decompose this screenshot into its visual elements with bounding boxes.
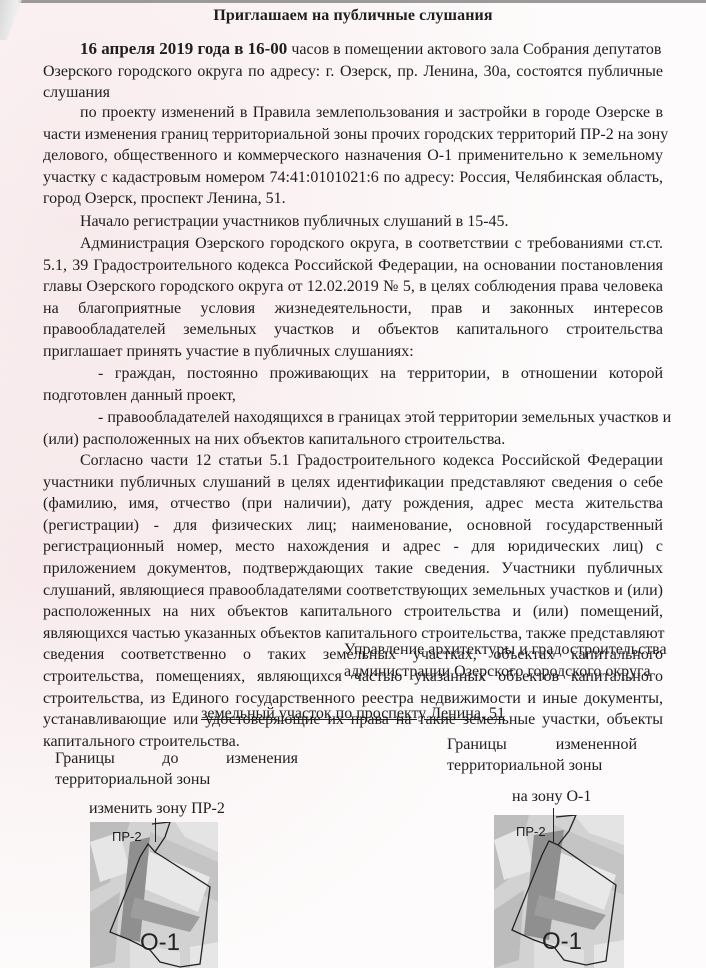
identification-line: приложением документов, подтверждающих т…	[43, 558, 663, 580]
signature-block: Управление архитектуры и градостроительс…	[344, 639, 667, 682]
administration-paragraph: Администрация Озерского городского округ…	[43, 233, 663, 363]
project-paragraph: по проекту изменений в Правила землеполь…	[43, 102, 663, 210]
map-before: ПР-2 О-1	[90, 822, 218, 968]
project-line: части изменения границ территориальной з…	[43, 124, 663, 146]
before-label: Границыдоизменения территориальной зоны	[55, 748, 298, 790]
signature-department: Управление архитектуры и градостроительс…	[344, 639, 667, 661]
identification-line: Согласно части 12 статьи 5.1 Градостроит…	[43, 450, 663, 472]
intro-line-1: 16 апреля 2019 года в 16-00 часов в поме…	[43, 38, 663, 61]
bullet-residents: - граждан, постоянно проживающих на терр…	[43, 363, 663, 406]
bullet-line: (или) расположенных на них объектов капи…	[43, 429, 663, 451]
map-after-drawing: ПР-2 О-1	[494, 815, 624, 968]
project-line: город Озерск, проспект Ленина, 51.	[43, 188, 663, 210]
identification-line: участники публичных слушаний в целях иде…	[43, 472, 663, 494]
after-pointer-label: на зону О-1	[512, 786, 591, 807]
registration-time: Начало регистрации участников публичных …	[43, 211, 663, 233]
registration-paragraph: Начало регистрации участников публичных …	[43, 211, 663, 233]
identification-line: слушаний, являющиеся правообладателями с…	[43, 580, 663, 602]
bullet-line: - граждан, постоянно проживающих на терр…	[43, 363, 663, 385]
identification-line: расположенных на них объектов капитально…	[43, 601, 663, 623]
before-label-line-1: Границыдоизменения	[55, 748, 298, 769]
after-pointer-line	[553, 808, 554, 842]
administration-line: 5.1, 39 Градостроительного кодекса Росси…	[43, 255, 663, 277]
bullet-line: подготовлен данный проект,	[43, 385, 663, 407]
before-pointer-line	[155, 818, 156, 842]
identification-line: (фамилию, имя, отчество (при наличии), д…	[43, 493, 663, 515]
zone-label-o1: О-1	[140, 929, 180, 956]
intro-paragraph: 16 апреля 2019 года в 16-00 часов в поме…	[43, 38, 663, 104]
bullet-line: - правообладателей находящихся в граница…	[43, 407, 663, 429]
document-title: Приглашаем на публичные слушания	[0, 7, 706, 25]
intro-line-2: Озерского городского округа по адресу: г…	[43, 61, 663, 83]
signature-administration: администрации Озерского городского округ…	[344, 661, 667, 683]
administration-line: на благоприятные условия жизнедеятельнос…	[43, 298, 663, 320]
zone-label-o1: О-1	[542, 928, 582, 955]
intro-line-3: слушания	[43, 82, 663, 104]
map-before-drawing: ПР-2 О-1	[90, 822, 218, 968]
before-pointer-label: изменить зону ПР-2	[89, 798, 225, 819]
zone-label-pr2: ПР-2	[112, 829, 142, 844]
map-after: ПР-2 О-1	[494, 815, 624, 968]
administration-line: Администрация Озерского городского округ…	[43, 233, 663, 255]
after-label-line-1: Границыизмененной	[447, 734, 637, 755]
project-line: делового, общественного и коммерческого …	[43, 145, 663, 167]
scan-top-edge	[0, 0, 706, 3]
event-date-time: 16 апреля 2019 года в 16-00	[80, 39, 287, 58]
after-label-line-2: территориальной зоны	[447, 755, 637, 776]
zone-label-pr2: ПР-2	[516, 824, 546, 839]
project-line: по проекту изменений в Правила землеполь…	[43, 102, 663, 124]
before-label-line-2: территориальной зоны	[55, 769, 298, 790]
identification-line: (регистрации) - для физических лиц; наим…	[43, 515, 663, 537]
administration-line: приглашает принять участие в публичных с…	[43, 341, 663, 363]
after-label: Границыизмененной территориальной зоны	[447, 734, 637, 776]
plot-title: земельный участок по проспекту Ленина, 5…	[0, 705, 706, 723]
bullet-rightholders: - правообладателей находящихся в граница…	[43, 407, 663, 450]
administration-line: правообладателей земельных участков и об…	[43, 319, 663, 341]
project-line: участку с кадастровым номером 74:41:0101…	[43, 167, 663, 189]
identification-line: регистрационный номер, место нахождения …	[43, 536, 663, 558]
administration-line: главы Озерского городского округа от 12.…	[43, 276, 663, 298]
